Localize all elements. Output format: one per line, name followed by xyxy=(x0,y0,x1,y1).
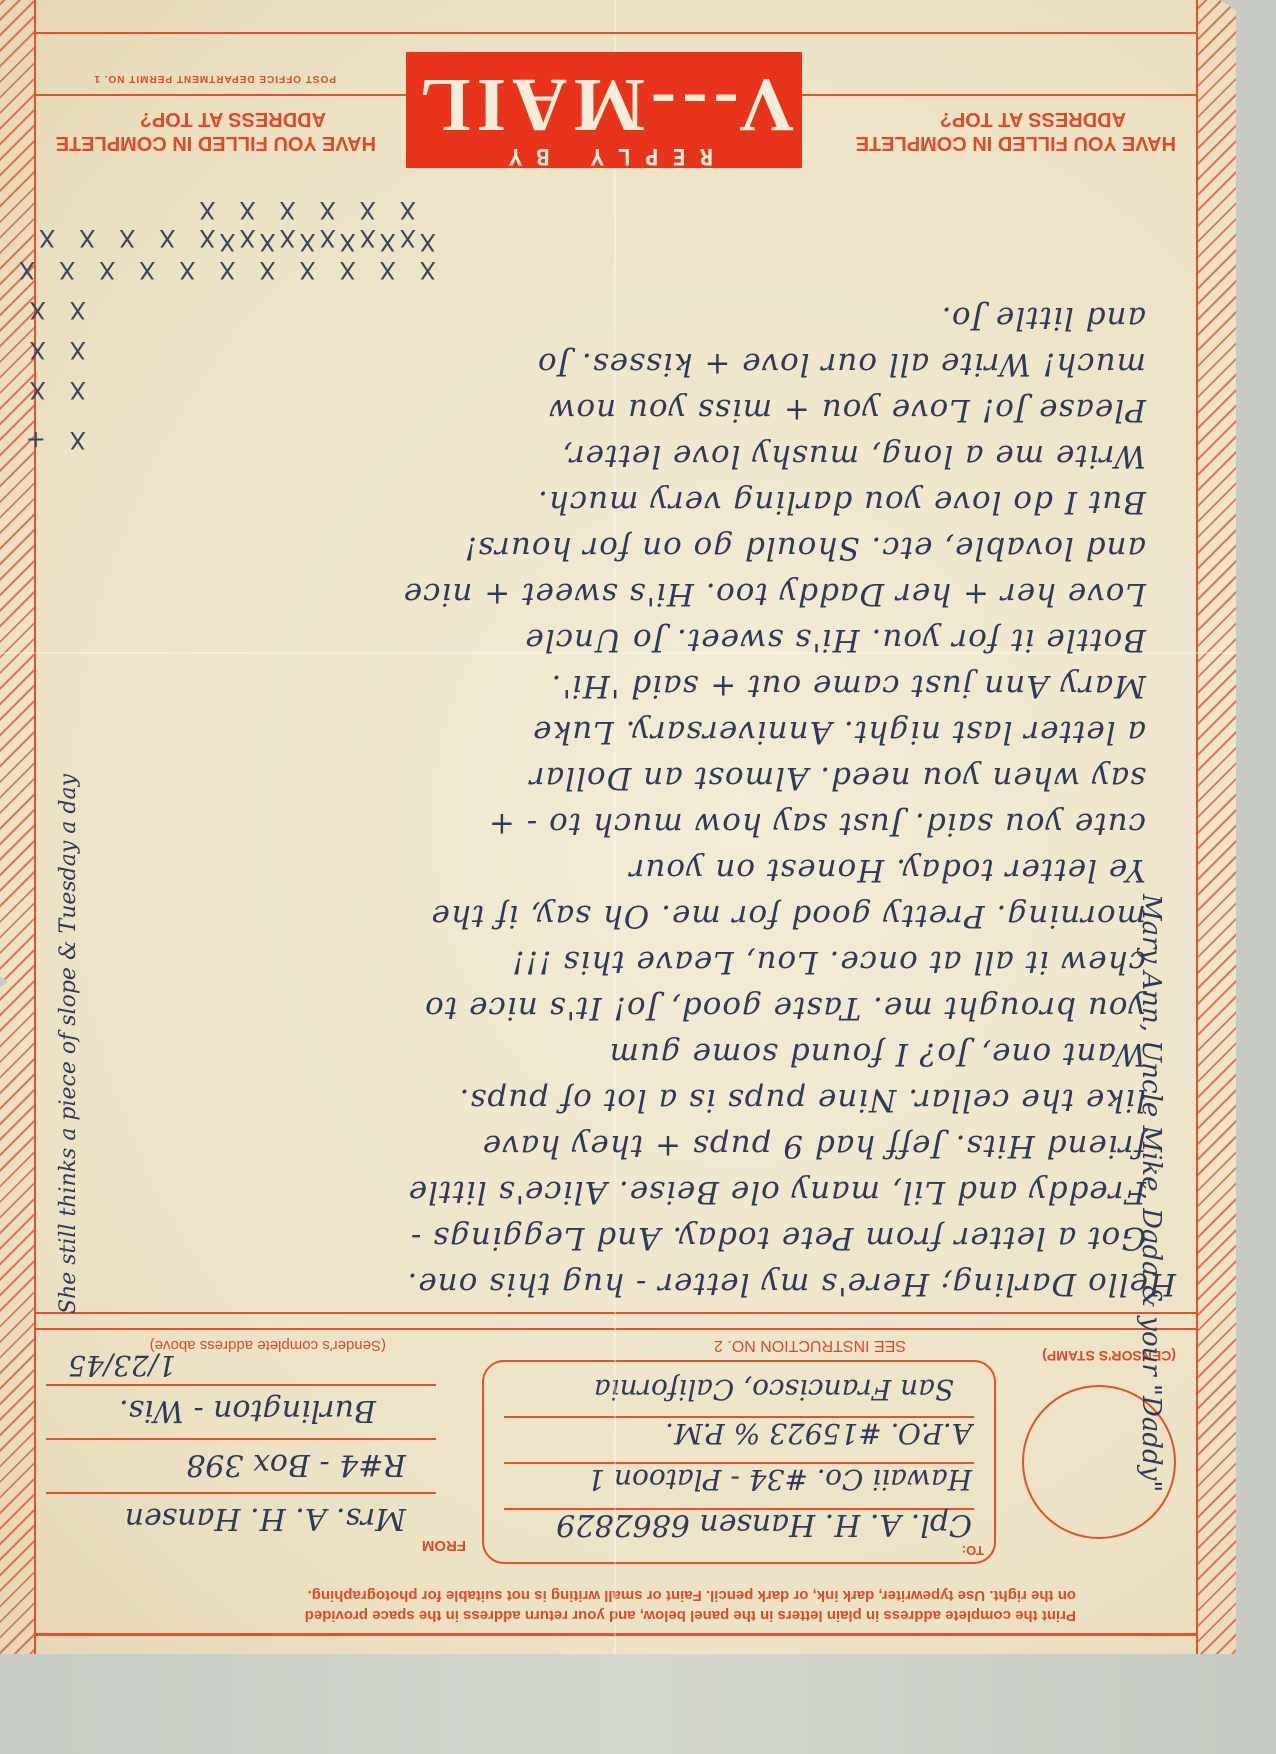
kisses-row: X X X X X X X X X X X X X X X X xyxy=(0,196,416,252)
from-address-line-3: Burlington - Wis. xyxy=(119,1393,376,1428)
margin-note-right: She still thinks a piece of slope & Tues… xyxy=(56,774,81,1314)
to-label: TO: xyxy=(962,1543,984,1558)
top-rule xyxy=(36,1633,1196,1636)
from-rule-1 xyxy=(46,1492,436,1494)
letter-line: Hello Darling; Here's my letter - hug th… xyxy=(407,1266,1177,1302)
letter-line: much! Write all our love + kisses. Jo xyxy=(537,346,1146,382)
instructions-line-2: on the right. Use typewriter, dark ink, … xyxy=(308,1587,1076,1604)
reminder-left-line-1: HAVE YOU FILLED IN COMPLETE xyxy=(856,131,1176,154)
to-address-line-3: A.P.O. #15923 % P.M. xyxy=(665,1417,972,1450)
letter-line: friend Hits. Jeff had 9 pups + they have xyxy=(482,1128,1146,1164)
from-address-line-1: Mrs. A. H. Hansen xyxy=(125,1501,406,1536)
letter-line: Got a letter from Pete today. And Leggin… xyxy=(410,1220,1146,1256)
letter-line: But I do love you darling very much. xyxy=(537,484,1146,520)
from-rule-3 xyxy=(46,1384,436,1386)
letter-line: Freddy and Lil, many ole Beise. Alice's … xyxy=(408,1174,1146,1210)
letter-line: and lovable, etc. Should go on for hours… xyxy=(464,530,1146,566)
reminder-right-line-1: HAVE YOU FILLED IN COMPLETE xyxy=(56,131,376,154)
letter-line: you brought me. Taste good, Jo! It's nic… xyxy=(424,990,1146,1026)
letter-line: Bottle it for you. Hi's sweet. Jo Uncle xyxy=(524,622,1146,658)
letter-line: like the cellar. Nine pups is a lot of p… xyxy=(458,1082,1146,1118)
letter-line: Mary Ann just came out + said 'Hi'. xyxy=(551,668,1146,704)
letter-line: and little Jo. xyxy=(941,300,1146,336)
instructions-line-1: Print the complete address in plain lett… xyxy=(305,1607,1076,1624)
from-rule-2 xyxy=(46,1438,436,1440)
reminder-right-line-2: ADDRESS AT TOP? xyxy=(140,107,326,130)
letter-line: chew it all at once. Lou, Leave this !!! xyxy=(511,944,1146,980)
letter-line: Ye letter today. Honest on your xyxy=(629,852,1146,888)
to-address-box: TO: Cpl. A. H. Hansen 6862829 Hawaii Co.… xyxy=(482,1360,996,1564)
from-label: FROM xyxy=(422,1537,466,1554)
reminder-left-line-2: ADDRESS AT TOP? xyxy=(940,107,1126,130)
letter-line: say when you need. Almost an Dollar xyxy=(529,760,1146,796)
border-line-left xyxy=(1196,0,1198,1654)
reminder-rule-2 xyxy=(36,32,1196,34)
margin-note-left: Mary Ann, Uncle Mike, Dada & your "Daddy… xyxy=(1136,894,1166,1492)
see-instruction-label: SEE INSTRUCTION NO. 2 xyxy=(714,1336,906,1354)
kisses-row: X X xyxy=(21,296,86,324)
vmail-sheet: Print the complete address in plain lett… xyxy=(2,0,1274,1754)
from-address-line-2: R#4 - Box 398 xyxy=(186,1447,406,1482)
letter-line: a letter last night. Anniversary. Luke xyxy=(532,714,1146,750)
vmail-banner: REPLY BY V---MAIL xyxy=(406,52,802,168)
kisses-row: X X xyxy=(21,336,86,364)
to-address-line-1: Cpl. A. H. Hansen 6862829 xyxy=(556,1507,972,1542)
letter-line: Please Jo! Love you + miss you now xyxy=(548,392,1146,428)
banner-title: V---MAIL xyxy=(406,69,802,141)
letter-line: Want one, Jo? I found some gum xyxy=(609,1036,1146,1072)
letter-line: morning. Pretty good for me. Oh say, if … xyxy=(431,898,1146,934)
kisses-row: X X xyxy=(21,376,86,404)
to-address-line-2: Hawaii Co. #34 - Platoon 1 xyxy=(587,1463,972,1496)
letter-line: Love her + her Daddy too. Hi's sweet + n… xyxy=(403,576,1146,612)
form-rule-bottom-1 xyxy=(36,1328,1196,1330)
to-address-line-4: San Francisco, California xyxy=(594,1373,954,1406)
letter-line: Write me a long, mushy love letter, xyxy=(561,438,1146,474)
paper: Print the complete address in plain lett… xyxy=(0,0,1236,1654)
permit-text: POST OFFICE DEPARTMENT PERMIT NO. 1 xyxy=(93,73,336,84)
border-hatching-left xyxy=(1198,0,1236,1654)
form-rule-bottom-2 xyxy=(36,1312,1196,1314)
letter-line: cute you said. Just say how much to - + xyxy=(488,806,1146,842)
kisses-row: X + xyxy=(18,426,86,454)
sender-note: (Sender's complete address above) xyxy=(150,1337,386,1354)
